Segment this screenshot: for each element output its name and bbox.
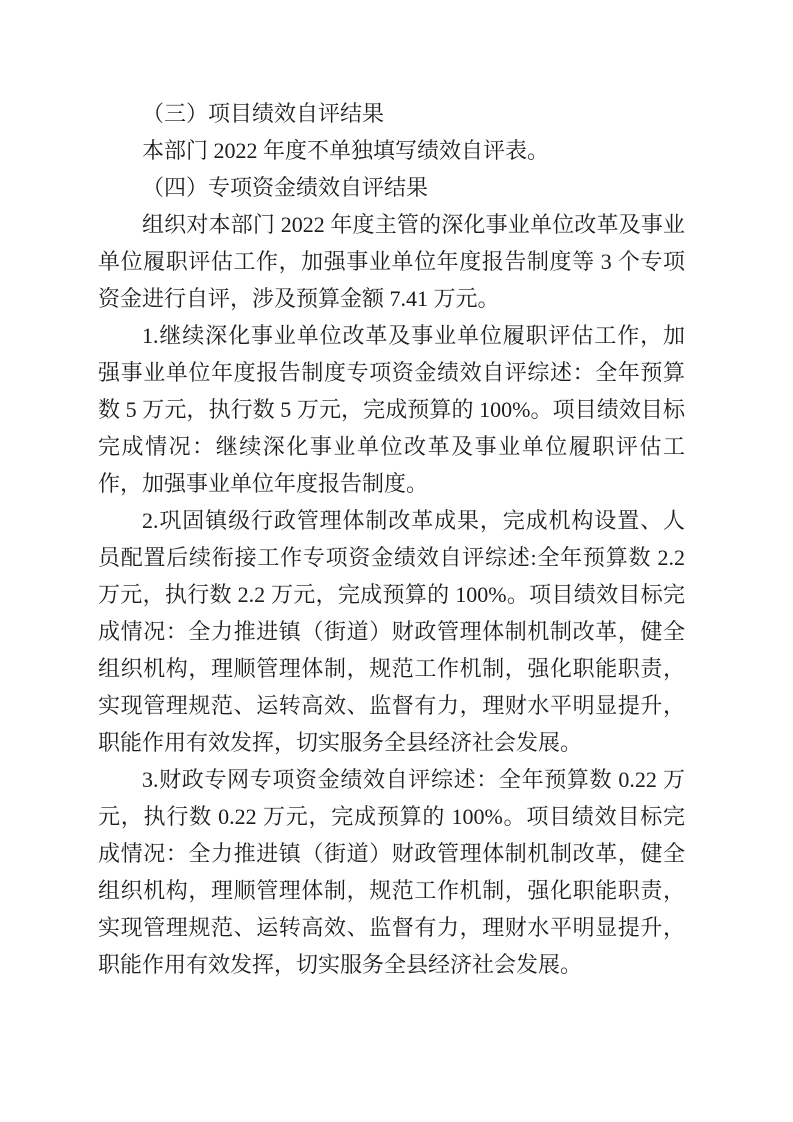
paragraph-self-eval-note: 本部门 2022 年度不单独填写绩效自评表。 <box>98 132 685 169</box>
section-heading-3: （三）项目绩效自评结果 <box>98 95 685 132</box>
paragraph-item-3: 3.财政专网专项资金绩效自评综述：全年预算数 0.22 万元，执行数 0.22 … <box>98 761 685 983</box>
section-heading-4: （四）专项资金绩效自评结果 <box>98 169 685 206</box>
paragraph-overview: 组织对本部门 2022 年度主管的深化事业单位改革及事业单位履职评估工作，加强事… <box>98 206 685 317</box>
document-page: （三）项目绩效自评结果 本部门 2022 年度不单独填写绩效自评表。 （四）专项… <box>0 0 793 1122</box>
paragraph-item-1: 1.继续深化事业单位改革及事业单位履职评估工作，加强事业单位年度报告制度专项资金… <box>98 317 685 502</box>
paragraph-item-2: 2.巩固镇级行政管理体制改革成果，完成机构设置、人员配置后续衔接工作专项资金绩效… <box>98 502 685 761</box>
